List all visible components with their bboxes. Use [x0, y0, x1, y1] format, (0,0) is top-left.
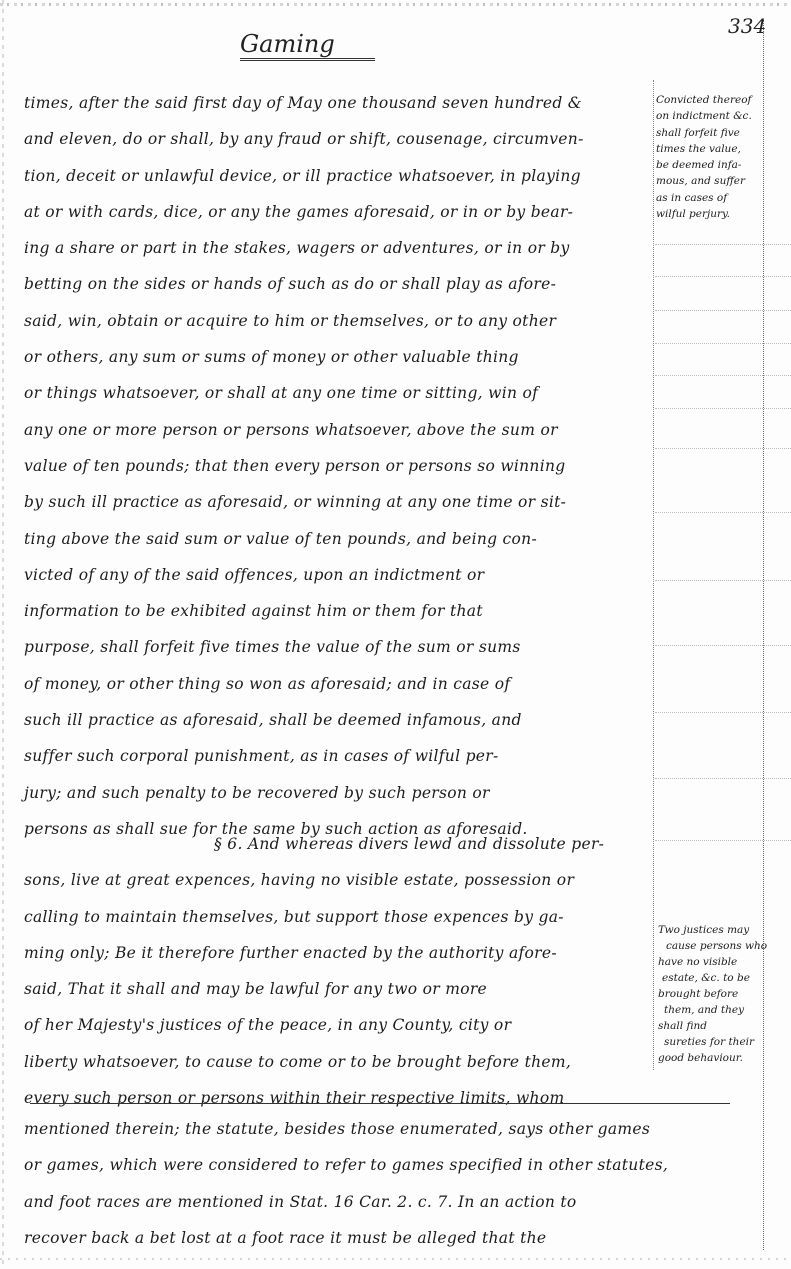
note-line: estate, &c. to be: [658, 970, 770, 986]
text-line: and eleven, do or shall, by any fraud or…: [24, 121, 652, 157]
margin-rule-inner: [653, 80, 654, 1070]
note-line: as in cases of: [656, 190, 768, 206]
text-line: at or with cards, dice, or any the games…: [24, 194, 652, 230]
margin-note-conviction: Convicted thereof on indictment &c. shal…: [656, 92, 768, 222]
footnote-divider: [30, 1103, 730, 1104]
text-line: calling to maintain themselves, but supp…: [24, 899, 652, 935]
text-line: or games, which were considered to refer…: [24, 1147, 764, 1183]
note-line: mous, and suffer: [656, 173, 768, 189]
text-line: ming only; Be it therefore further enact…: [24, 935, 652, 971]
margin-ruled-line: [655, 645, 791, 646]
manuscript-page: 334 Gaming times, after the said first d…: [0, 0, 791, 1269]
margin-ruled-line: [655, 712, 791, 713]
note-line: cause persons who: [658, 938, 770, 954]
page-number: 334: [728, 14, 766, 38]
note-line: sureties for their: [658, 1034, 770, 1050]
scan-top-edge: [0, 3, 791, 6]
text-line: tion, deceit or unlawful device, or ill …: [24, 158, 652, 194]
note-line: times the value,: [656, 141, 768, 157]
margin-ruled-line: [655, 778, 791, 779]
text-line: value of ten pounds; that then every per…: [24, 448, 652, 484]
text-line: of her Majesty's justices of the peace, …: [24, 1007, 652, 1043]
page-heading: Gaming: [240, 30, 375, 61]
text-line: victed of any of the said offences, upon…: [24, 557, 652, 593]
note-line: shall forfeit five: [656, 125, 768, 141]
note-line: wilful perjury.: [656, 206, 768, 222]
margin-ruled-line: [655, 244, 791, 245]
text-line: and foot races are mentioned in Stat. 16…: [24, 1184, 764, 1220]
section-1-text: times, after the said first day of May o…: [24, 85, 652, 847]
text-line: information to be exhibited against him …: [24, 593, 652, 629]
text-line: purpose, shall forfeit five times the va…: [24, 629, 652, 665]
scan-bottom-edge: [0, 1258, 791, 1260]
text-line: such ill practice as aforesaid, shall be…: [24, 702, 652, 738]
text-line: any one or more person or persons whatso…: [24, 412, 652, 448]
text-line: ting above the said sum or value of ten …: [24, 521, 652, 557]
note-line: good behaviour.: [658, 1050, 770, 1066]
text-line: by such ill practice as aforesaid, or wi…: [24, 484, 652, 520]
text-line: times, after the said first day of May o…: [24, 85, 652, 121]
text-line: mentioned therein; the statute, besides …: [24, 1111, 764, 1147]
margin-ruled-line: [655, 580, 791, 581]
margin-ruled-line: [655, 448, 791, 449]
footnote-text: mentioned therein; the statute, besides …: [24, 1111, 764, 1256]
margin-ruled-line: [655, 840, 791, 841]
text-line: liberty whatsoever, to cause to come or …: [24, 1044, 652, 1080]
text-line: betting on the sides or hands of such as…: [24, 266, 652, 302]
margin-ruled-line: [655, 512, 791, 513]
note-line: shall find: [658, 1018, 770, 1034]
margin-ruled-line: [655, 276, 791, 277]
margin-ruled-line: [655, 375, 791, 376]
note-line: brought before: [658, 986, 770, 1002]
section-2-text: § 6. And whereas divers lewd and dissolu…: [24, 826, 652, 1116]
margin-note-justices: Two justices may cause persons who have …: [658, 922, 770, 1066]
text-line: said, That it shall and may be lawful fo…: [24, 971, 652, 1007]
note-line: have no visible: [658, 954, 770, 970]
scan-left-edge: [2, 0, 4, 1269]
text-line: or things whatsoever, or shall at any on…: [24, 375, 652, 411]
text-line: sons, live at great expences, having no …: [24, 862, 652, 898]
text-line: suffer such corporal punishment, as in c…: [24, 738, 652, 774]
section-6-opening-line: § 6. And whereas divers lewd and dissolu…: [24, 826, 652, 862]
note-line: Two justices may: [658, 922, 770, 938]
text-line: said, win, obtain or acquire to him or t…: [24, 303, 652, 339]
margin-ruled-line: [655, 310, 791, 311]
margin-ruled-line: [655, 408, 791, 409]
text-line: of money, or other thing so won as afore…: [24, 666, 652, 702]
text-line: recover back a bet lost at a foot race i…: [24, 1220, 764, 1256]
text-line: ing a share or part in the stakes, wager…: [24, 230, 652, 266]
note-line: on indictment &c.: [656, 108, 768, 124]
note-line: Convicted thereof: [656, 92, 768, 108]
text-line: or others, any sum or sums of money or o…: [24, 339, 652, 375]
margin-ruled-line: [655, 343, 791, 344]
text-line: jury; and such penalty to be recovered b…: [24, 775, 652, 811]
note-line: them, and they: [658, 1002, 770, 1018]
note-line: be deemed infa-: [656, 157, 768, 173]
